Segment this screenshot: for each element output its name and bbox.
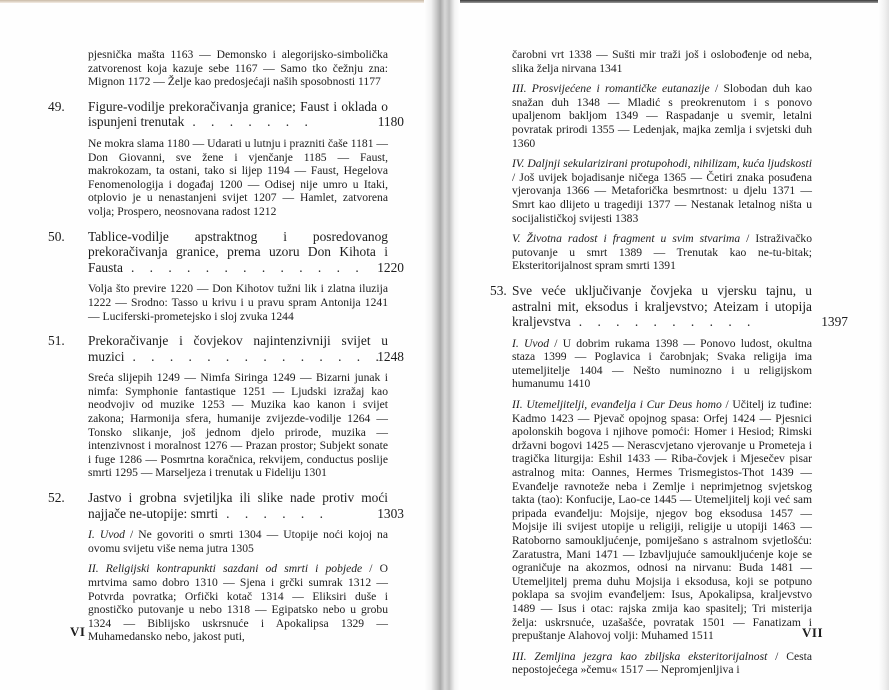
toc-subentry: V. Životna radost i fragment u svim stva… — [512, 232, 812, 273]
section-heading: I. Uvod — [88, 528, 125, 541]
section-heading: V. Životna radost i fragment u svim stva… — [512, 232, 740, 245]
section-heading: II. Religijski kontrapunkti sazdani od s… — [88, 562, 362, 575]
chapter-number: 52. — [48, 490, 88, 521]
chapter-number: 50. — [48, 229, 88, 276]
page-folio: VII — [802, 625, 823, 641]
section-heading: II. Utemeljitelji, evanđelja i Cur Deus … — [512, 398, 722, 411]
toc-chapter-53[interactable]: 53. Sve veće uključivanje čovjeka u vjer… — [490, 283, 820, 330]
chapter-title: Jastvo i grobna svjetiljka ili slike nad… — [88, 490, 388, 521]
toc-chapter-50[interactable]: 50. Tablice-vodilje apstraktnog i posred… — [48, 229, 402, 276]
chapter-title: Prekoračivanje i čovjekov najintenzivnij… — [88, 333, 388, 364]
chapter-page-number: 1303 — [377, 506, 404, 522]
section-heading: I. Uvod — [512, 337, 549, 350]
section-heading: III. Zemljina jezgra kao zbiljska ekster… — [512, 650, 767, 663]
right-page-toc: čarobni vrt 1338 — Sušti mir traži još i… — [490, 48, 812, 684]
chapter-page-number: 1220 — [377, 260, 404, 276]
toc-subentry: I. Uvod / Ne govoriti o smrti 1304 — Uto… — [88, 528, 388, 555]
chapter-page-number: 1397 — [821, 314, 848, 330]
leader-dots: . . . . . . — [218, 506, 329, 521]
leader-dots: . . . . . . . . . . — [571, 314, 757, 329]
toc-subentry: III. Prosvijećene i romantičke eutanazij… — [512, 82, 812, 150]
section-heading: IV. Daljnji sekularizirani protupohodi, … — [512, 157, 812, 170]
toc-chapter-51[interactable]: 51. Prekoračivanje i čovjekov najintenzi… — [48, 333, 402, 364]
book-spread: pjesnička mašta 1163 — Demonsko i alegor… — [0, 0, 889, 690]
toc-subentry: IV. Daljnji sekularizirani protupohodi, … — [512, 157, 812, 225]
left-page-toc: pjesnička mašta 1163 — Demonsko i alegor… — [48, 48, 402, 651]
page-folio: VI — [70, 624, 85, 640]
toc-subentry: II. Utemeljitelji, evanđelja i Cur Deus … — [512, 398, 812, 643]
toc-subentry: III. Zemljina jezgra kao zbiljska ekster… — [512, 650, 812, 677]
chapter-title: Figure-vodilje prekoračivanja granice; F… — [88, 99, 388, 130]
leader-dots: . . . . . . . . . . . . . . — [124, 349, 384, 364]
toc-chapter-49[interactable]: 49. Figure-vodilje prekoračivanja granic… — [48, 99, 402, 130]
leader-dots: . . . . . . . . . . . . . — [123, 260, 365, 275]
chapter-page-number: 1180 — [378, 114, 404, 130]
section-heading: III. Prosvijećene i romantičke eutanazij… — [512, 82, 710, 95]
toc-subentry: čarobni vrt 1338 — Sušti mir traži još i… — [512, 48, 812, 75]
chapter-number: 53. — [490, 283, 512, 330]
toc-subentry: Volja što previre 1220 — Don Kihotov tuž… — [88, 282, 388, 323]
chapter-page-number: 1248 — [377, 349, 404, 365]
chapter-number: 49. — [48, 99, 88, 130]
leader-dots: . . . . . . . — [184, 114, 314, 129]
toc-subentry: II. Religijski kontrapunkti sazdani od s… — [88, 562, 388, 644]
toc-subentry: I. Uvod / U dobrim rukama 1398 — Ponovo … — [512, 337, 812, 391]
chapter-number: 51. — [48, 333, 88, 364]
toc-chapter-52[interactable]: 52. Jastvo i grobna svjetiljka ili slike… — [48, 490, 402, 521]
page-top-edge — [452, 0, 889, 3]
book-gutter — [424, 0, 460, 690]
toc-subentry: Ne mokra slama 1180 — Udarati u lutnju i… — [88, 137, 388, 219]
chapter-title: Sve veće uključivanje čovjeka u vjersku … — [512, 283, 812, 330]
page-top-edge — [0, 0, 430, 3]
page-edge — [878, 0, 889, 690]
toc-subentry: pjesnička mašta 1163 — Demonsko i alegor… — [88, 48, 388, 89]
chapter-title: Tablice-vodilje apstraktnog i posredovan… — [88, 229, 388, 276]
toc-subentry: Sreća slijepih 1249 — Nimfa Siringa 1249… — [88, 371, 388, 480]
